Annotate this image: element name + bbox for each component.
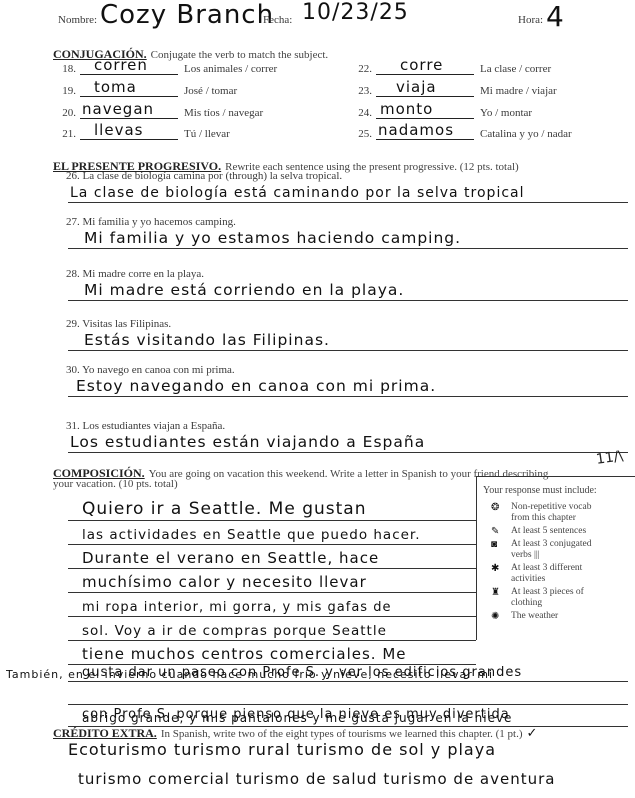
question-text: 26. La clase de biología camina por (thr… [66,170,628,182]
answer-line[interactable]: La clase de biología está caminando por … [68,182,628,203]
answer-text: navegan [82,100,154,118]
item-number: 21. [54,128,76,140]
answer-blank[interactable]: corren [80,56,178,75]
item-number: 20. [54,107,76,119]
answer-text: toma [94,78,137,96]
hora-label: Hora: [518,14,543,26]
answer-blank[interactable]: toma [80,78,178,97]
conj-item-24: 24. monto Yo / montar [350,101,532,119]
composition-text: Durante el verano en Seattle, hace [82,549,379,567]
item-prompt: Tú / llevar [184,128,230,140]
answer-text: corre [400,56,443,74]
shirt-icon: ♜ [491,587,505,609]
item-number: 24. [350,107,372,119]
requirement-item: ◙ At least 3 conjugated verbs ||| [491,539,635,561]
activity-icon: ✱ [491,563,505,585]
composition-text: las actividades en Seattle que puedo hac… [82,527,421,543]
answer-text: Mi familia y yo estamos haciendo camping… [84,229,461,247]
composition-line[interactable] [68,681,628,705]
item-number: 25. [350,128,372,140]
question-text: 29. Visitas las Filipinas. [66,318,628,330]
answer-text: Los estudiantes están viajando a España [70,433,425,451]
check-mark-icon: ✓ [527,726,539,741]
answer-text: Mi madre está corriendo en la playa. [84,281,404,299]
composition-text: Quiero ir a Seattle. Me gustan [82,499,367,519]
composition-line[interactable]: mi ropa interior, mi gorra, y mis gafas … [68,593,476,617]
answer-text: nadamos [378,121,454,139]
prog-item-31: 31. Los estudiantes viajan a España. Los… [68,420,628,453]
conj-item-23: 23. viaja Mi madre / viajar [350,79,557,97]
hora-field[interactable]: 4 [546,0,565,33]
composition-line[interactable]: Quiero ir a Seattle. Me gustan [68,497,476,521]
answer-text: Estoy navegando en canoa con mi prima. [76,377,436,395]
answer-blank[interactable]: nadamos [376,121,474,140]
answer-line[interactable]: Los estudiantes están viajando a España [68,432,628,453]
composition-lines: Quiero ir a Seattle. Me gustan las activ… [68,497,476,665]
composition-line[interactable]: muchísimo calor y necesito llevar [68,569,476,593]
requirements-box: Your response must include: ❂ Non-repeti… [476,476,635,640]
answer-line[interactable]: Estás visitando las Filipinas. [68,330,628,351]
requirements-title: Your response must include: [483,485,635,496]
conj-item-22: 22. corre La clase / correr [350,57,551,75]
item-number: 22. [350,63,372,75]
answer-line[interactable]: Mi familia y yo estamos haciendo camping… [68,228,628,249]
date-label: Fecha: [263,14,292,26]
prog-item-28: 28. Mi madre corre en la playa. Mi madre… [68,268,628,301]
requirement-item: ❂ Non-repetitive vocab from this chapter [491,502,635,524]
question-text: 30. Yo navego en canoa con mi prima. [66,364,628,376]
requirement-text: Non-repetitive vocab from this chapter [511,502,603,524]
requirement-item: ♜ At least 3 pieces of clothing [491,587,635,609]
grader-tally-mark: 11/\ [595,448,624,468]
answer-blank[interactable]: llevas [80,121,178,140]
date-field[interactable]: 10/23/25 [302,0,409,25]
question-text: 27. Mi familia y yo hacemos camping. [66,216,628,228]
item-prompt: Mi madre / viajar [480,85,557,97]
prog-item-29: 29. Visitas las Filipinas. Estás visitan… [68,318,628,351]
composition-text-last: con Profe S. porque pienso que la nieve … [82,707,510,722]
answer-text: Estás visitando las Filipinas. [84,331,330,349]
requirement-text: At least 3 different activities [511,563,603,585]
conj-item-25: 25. nadamos Catalina y yo / nadar [350,122,572,140]
item-prompt: Los animales / correr [184,63,277,75]
requirement-item: ✱ At least 3 different activities [491,563,635,585]
answer-text: viaja [396,78,437,96]
item-prompt: José / tomar [184,85,237,97]
answer-text: corren [94,56,148,74]
prog-item-26: 26. La clase de biología camina por (thr… [68,170,628,203]
item-number: 19. [54,85,76,97]
composicion-instructions-2: your vacation. (10 pts. total) [53,478,178,490]
answer-line[interactable]: Estoy navegando en canoa con mi prima. [68,376,628,397]
answer-blank[interactable]: monto [376,100,474,119]
pencil-icon: ✎ [491,526,505,537]
answer-text: La clase de biología está caminando por … [70,185,525,201]
name-field[interactable]: Cozy Branch [100,0,274,30]
verb-icon: ◙ [491,539,505,561]
answer-text: monto [380,100,433,118]
prog-item-30: 30. Yo navego en canoa con mi prima. Est… [68,364,628,397]
composition-line[interactable]: las actividades en Seattle que puedo hac… [68,521,476,545]
item-number: 18. [54,63,76,75]
requirement-item: ✎ At least 5 sentences [491,526,635,537]
requirement-text: The weather [511,611,603,622]
conj-item-21: 21. llevas Tú / llevar [54,122,230,140]
answer-line[interactable]: Mi madre está corriendo en la playa. [68,280,628,301]
answer-blank[interactable]: corre [376,56,474,75]
item-number: 23. [350,85,372,97]
conj-item-20: 20. navegan Mis tíos / navegar [54,101,263,119]
composition-text-margin: También, en el invierno cuando hace much… [6,668,635,681]
composition-text: muchísimo calor y necesito llevar [82,573,367,591]
name-label: Nombre: [58,14,97,26]
question-text: 28. Mi madre corre en la playa. [66,268,628,280]
requirement-text: At least 5 sentences [511,526,603,537]
composition-line[interactable]: sol. Voy a ir de compras porque Seattle [68,617,476,641]
conj-item-18: 18. corren Los animales / correr [54,57,277,75]
item-prompt: Catalina y yo / nadar [480,128,572,140]
item-prompt: Yo / montar [480,107,532,119]
item-prompt: Mis tíos / navegar [184,107,263,119]
item-prompt: La clase / correr [480,63,551,75]
conj-item-19: 19. toma José / tomar [54,79,237,97]
credito-extra-instructions: In Spanish, write two of the eight types… [161,728,523,740]
requirement-text: At least 3 pieces of clothing [511,587,603,609]
credito-extra-title: CRÉDITO EXTRA. [53,726,157,740]
prog-item-27: 27. Mi familia y yo hacemos camping. Mi … [68,216,628,249]
answer-blank[interactable]: viaja [376,78,474,97]
requirement-text: At least 3 conjugated verbs ||| [511,539,603,561]
composition-text: mi ropa interior, mi gorra, y mis gafas … [82,600,391,615]
composition-text: sol. Voy a ir de compras porque Seattle [82,623,387,639]
answer-text: llevas [94,121,143,139]
sun-icon: ✺ [491,611,505,622]
answer-blank[interactable]: navegan [80,100,178,119]
brain-icon: ❂ [491,502,505,524]
requirement-item: ✺ The weather [491,611,635,622]
extra-credit-answer-1[interactable]: Ecoturismo turismo rural turismo de sol … [68,740,496,759]
composition-line[interactable]: Durante el verano en Seattle, hace [68,545,476,569]
extra-credit-answer-2[interactable]: turismo comercial turismo de salud turis… [78,770,556,788]
question-text: 31. Los estudiantes viajan a España. [66,420,628,432]
